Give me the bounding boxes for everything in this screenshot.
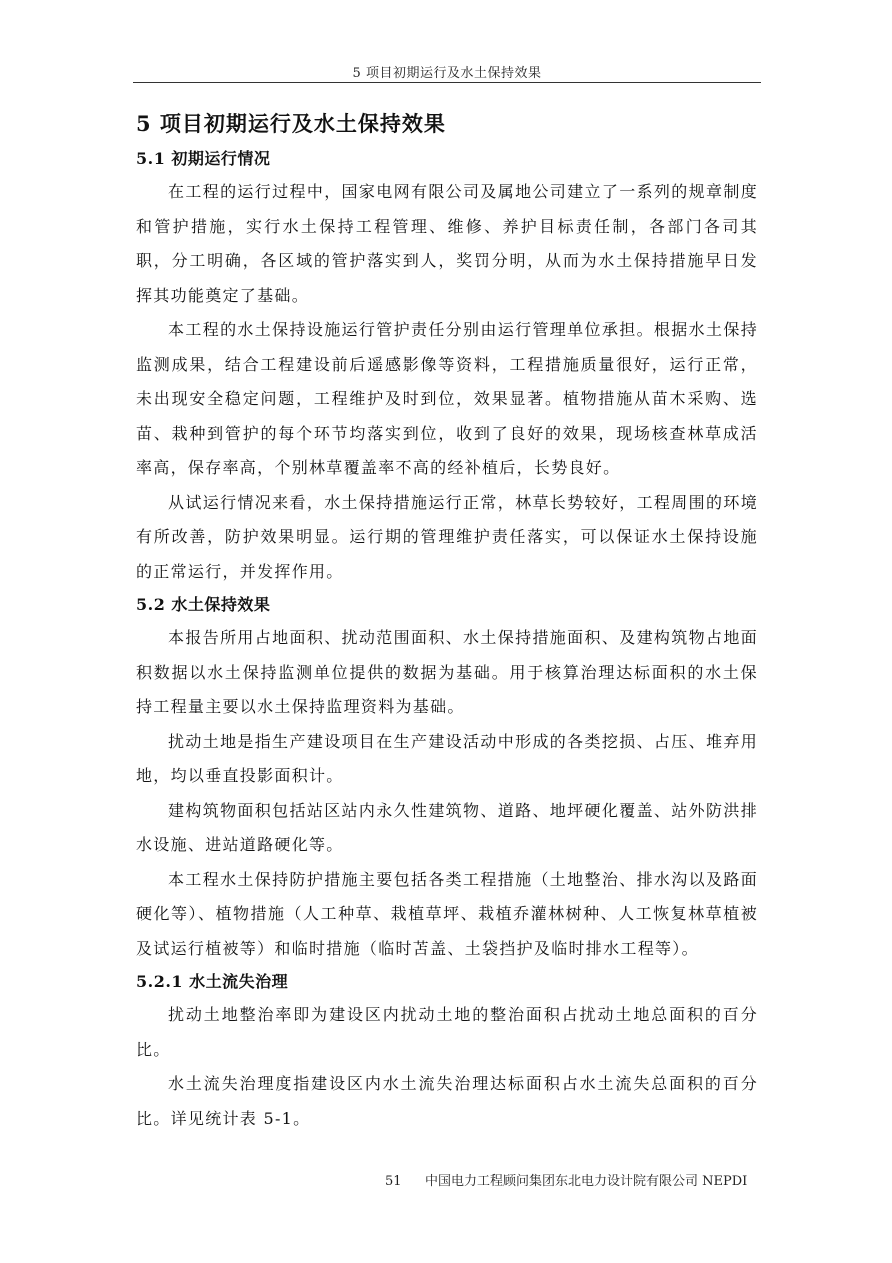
paragraph: 在工程的运行过程中，国家电网有限公司及属地公司建立了一系列的规章制度和管护措施，… bbox=[136, 175, 758, 313]
section-heading-5-2: 5.2 水土保持效果 bbox=[136, 589, 758, 621]
paragraph: 扰动土地是指生产建设项目在生产建设活动中形成的各类挖损、占压、堆弃用地，均以垂直… bbox=[136, 725, 758, 794]
page-body: 5 项目初期运行及水土保持效果 5.1 初期运行情况 在工程的运行过程中，国家电… bbox=[136, 105, 758, 1136]
running-header: 5 项目初期运行及水土保持效果 bbox=[133, 62, 761, 81]
header-divider bbox=[133, 82, 761, 83]
section-heading-5-1: 5.1 初期运行情况 bbox=[136, 143, 758, 175]
page-number: 51 bbox=[385, 1174, 425, 1189]
paragraph: 本工程的水土保持设施运行管护责任分别由运行管理单位承担。根据水土保持监测成果，结… bbox=[136, 313, 758, 486]
paragraph: 建构筑物面积包括站区站内永久性建筑物、道路、地坪硬化覆盖、站外防洪排水设施、进站… bbox=[136, 794, 758, 863]
paragraph: 水土流失治理度指建设区内水土流失治理达标面积占水土流失总面积的百分比。详见统计表… bbox=[136, 1067, 758, 1136]
chapter-title: 5 项目初期运行及水土保持效果 bbox=[136, 105, 758, 143]
document-page: 5 项目初期运行及水土保持效果 5 项目初期运行及水土保持效果 5.1 初期运行… bbox=[0, 0, 892, 1263]
paragraph: 扰动土地整治率即为建设区内扰动土地的整治面积占扰动土地总面积的百分比。 bbox=[136, 998, 758, 1067]
paragraph: 本工程水土保持防护措施主要包括各类工程措施（土地整治、排水沟以及路面硬化等）、植… bbox=[136, 863, 758, 967]
paragraph: 本报告所用占地面积、扰动范围面积、水土保持措施面积、及建构筑物占地面积数据以水土… bbox=[136, 621, 758, 725]
footer-organization: 中国电力工程顾问集团东北电力设计院有限公司 NEPDI bbox=[425, 1174, 747, 1189]
section-heading-5-2-1: 5.2.1 水土流失治理 bbox=[136, 966, 758, 998]
page-footer: 51中国电力工程顾问集团东北电力设计院有限公司 NEPDI bbox=[385, 1170, 765, 1189]
paragraph: 从试运行情况来看，水土保持措施运行正常，林草长势较好，工程周围的环境有所改善，防… bbox=[136, 486, 758, 590]
